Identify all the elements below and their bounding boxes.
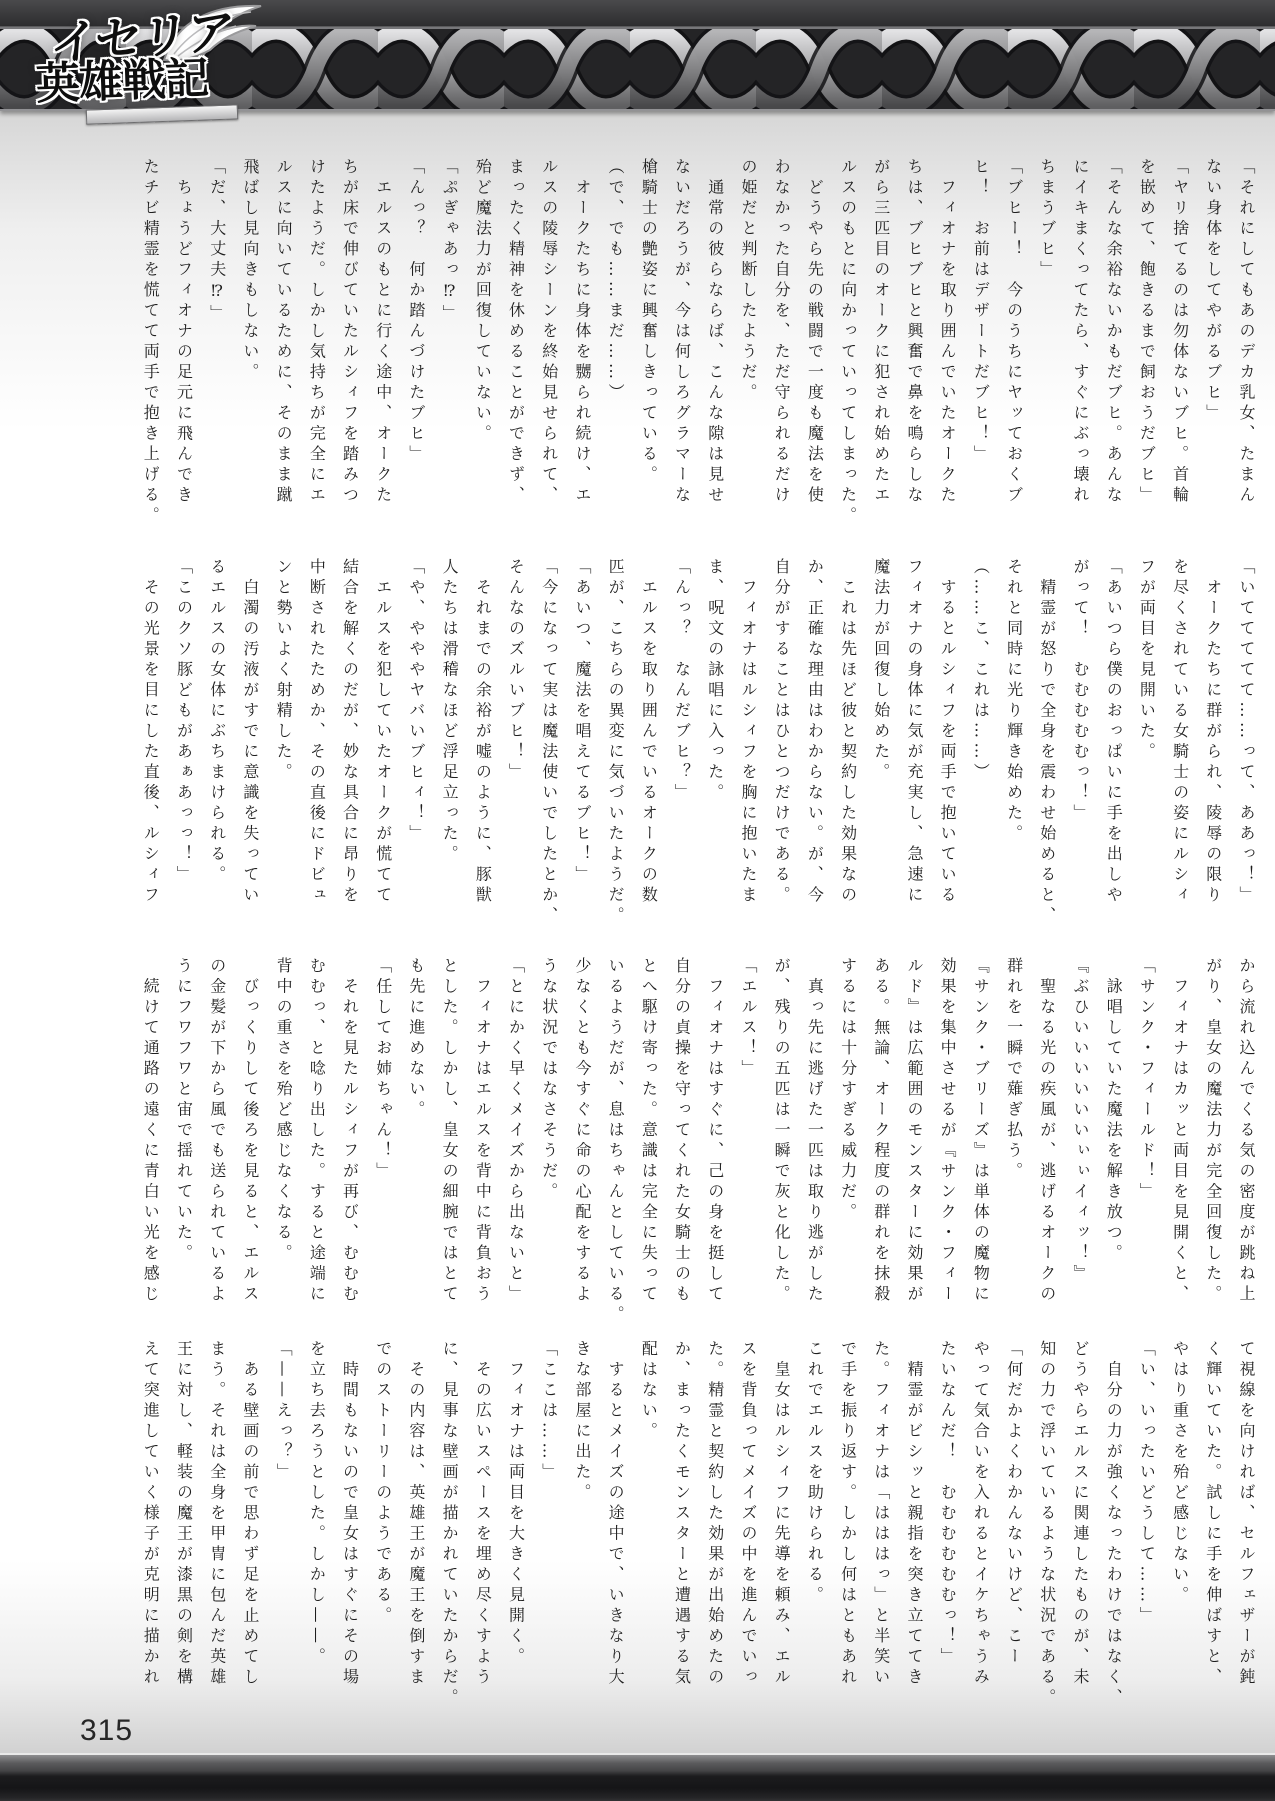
text-column: ルスの陵辱シーンを終始見せられて、: [533, 158, 566, 550]
text-column: うな状況ではなさそうだ。: [533, 957, 566, 1335]
text-column: フィオナはカッと両目を見開くと、: [1163, 957, 1196, 1335]
text-column: どうやら先の戦闘で一度も魔法を使: [798, 158, 831, 550]
text-column: 中断されたためか、その直後にドビュ: [300, 558, 333, 950]
text-column: けたようだ。しかし気持ちが完全にエ: [300, 158, 333, 550]
text-column: フィオナはエルスを背中に背負おう: [466, 957, 499, 1335]
page-number: 315: [80, 1714, 133, 1748]
text-column: 自分の貞操を守ってくれた女騎士のも: [665, 957, 698, 1335]
text-column: がり、皇女の魔法力が完全回復した。: [1197, 957, 1230, 1335]
text-column: むむっ、と唸り出した。すると途端に: [300, 957, 333, 1335]
text-column: （……こ、これは……）: [964, 558, 997, 950]
text-column: たチビ精霊を慌てて両手で抱き上げる。: [134, 158, 167, 550]
text-column: ま、呪文の詠唱に入った。: [699, 558, 732, 950]
text-column: た。フィオナは「はははっ」と半笑い: [865, 1340, 898, 1712]
text-column: がって！ むむむむむっ！」: [1064, 558, 1097, 950]
text-column: にイキまくってたら、すぐにぶっ壊れ: [1064, 158, 1097, 550]
text-column: まう。それは全身を甲冑に包んだ英雄: [201, 1340, 234, 1712]
text-column: エルスを犯していたオークが慌てて: [367, 558, 400, 950]
text-column: 「今になって実は魔法使いでしたとか、: [533, 558, 566, 950]
text-column: が、残りの五匹は一瞬で灰と化した。: [765, 957, 798, 1335]
text-column: するとメイズの途中で、いきなり大: [599, 1340, 632, 1712]
text-column: どうやらエルスに関連したものが、未: [1064, 1340, 1097, 1712]
text-column: た。精霊と契約した効果が出始めたの: [699, 1340, 732, 1712]
text-column: （で、でも……まだ……）: [599, 158, 632, 550]
text-column: フィオナの身体に気が充実し、急速に: [898, 558, 931, 950]
text-column: やはり重さを殆ど感じない。: [1163, 1340, 1196, 1712]
text-column: その光景を目にした直後、ルシィフ: [134, 558, 167, 950]
text-column: ルド』は広範囲のモンスターに効果が: [898, 957, 931, 1335]
text-column: でのストーリーのようである。: [367, 1340, 400, 1712]
text-column: 「何だかよくわかんないけど、こー: [997, 1340, 1030, 1712]
text-column: 結合を解くのだが、妙な具合に昂りを: [333, 558, 366, 950]
text-column: 「——えっ？」: [267, 1340, 300, 1712]
text-column: フィオナは両目を大きく見開く。: [499, 1340, 532, 1712]
text-column: するには十分すぎる威力だ。: [831, 957, 864, 1335]
text-column: フィオナはルシィフを胸に抱いたま: [732, 558, 765, 950]
text-column: 通常の彼らならば、こんな隙は見せ: [699, 158, 732, 550]
text-column: いるようだが、息はちゃんとしている。: [599, 957, 632, 1335]
text-column: 精霊が怒りで全身を震わせ始めると、: [1031, 558, 1064, 950]
text-column: えて突進していく様子が克明に描かれ: [134, 1340, 167, 1712]
text-column: 自分がすることはひとつだけである。: [765, 558, 798, 950]
text-column: 「だ、大丈夫⁉」: [201, 158, 234, 550]
text-column: ある。無論、オーク程度の群れを抹殺: [865, 957, 898, 1335]
text-column: を尽くされている女騎士の姿にルシィ: [1163, 558, 1196, 950]
text-column: で手を振り返す。しかし何はともあれ: [831, 1340, 864, 1712]
text-column: 「ここは……」: [533, 1340, 566, 1712]
text-column: するとルシィフを両手で抱いている: [931, 558, 964, 950]
text-column: 「サンク・フィールド！」: [1130, 957, 1163, 1335]
text-column: 聖なる光の疾風が、逃げるオークの: [1031, 957, 1064, 1335]
text-column: く輝いていた。試しに手を伸ばすと、: [1197, 1340, 1230, 1712]
text-column: スを背負ってメイズの中を進んでいっ: [732, 1340, 765, 1712]
text-column: 自分の力が強くなったわけではなく、: [1097, 1340, 1130, 1712]
text-column: ないだろうが、今は何しろグラマーな: [665, 158, 698, 550]
text-column: 時間もないので皇女はすぐにその場: [333, 1340, 366, 1712]
text-column: 槍騎士の艶姿に興奮しきっている。: [632, 158, 665, 550]
text-column: 皇女はルシィフに先導を頼み、エル: [765, 1340, 798, 1712]
text-column: 群れを一瞬で薙ぎ払う。: [997, 957, 1030, 1335]
text-column: て視線を向ければ、セルフェザーが鈍: [1230, 1340, 1263, 1712]
text-column: 「んっ？ なんだブヒ？」: [665, 558, 698, 950]
text-column: わなかった自分を、ただ守られるだけ: [765, 158, 798, 550]
text-column: たいなんだ！ むむむむむむっ！」: [931, 1340, 964, 1712]
text-column: 効果を集中させるが『サンク・フィー: [931, 957, 964, 1335]
text-column: 少なくとも今すぐに命の心配をするよ: [566, 957, 599, 1335]
text-column: 「このクソ豚どもがあぁあっっ！」: [167, 558, 200, 950]
text-column: を立ち去ろうとした。しかし——。: [300, 1340, 333, 1712]
text-column: 「ブヒー！ 今のうちにヤッておくブ: [997, 158, 1030, 550]
text-column: ある壁画の前で思わず足を止めてし: [234, 1340, 267, 1712]
text-column: がら三匹目のオークに犯され始めたエ: [865, 158, 898, 550]
text-column: びっくりして後ろを見ると、エルス: [234, 957, 267, 1335]
text-column: に、見事な壁画が描かれていたからだ。: [433, 1340, 466, 1712]
text-column: まったく精神を休めることができず、: [499, 158, 532, 550]
text-column: ちが床で伸びていたルシィフを踏みつ: [333, 158, 366, 550]
book-page: イセリア 英雄戦記 「それにしてもあのデカ乳女、たまんない身体をしてやがるブヒ」…: [0, 0, 1275, 1801]
text-column: の金髪が下から風でも送られているよ: [201, 957, 234, 1335]
logo-line2: 英雄戦記: [35, 57, 208, 107]
text-column: その広いスペースを埋め尽くすよう: [466, 1340, 499, 1712]
text-column: 飛ばし見向きもしない。: [234, 158, 267, 550]
text-column: フが両目を見開いた。: [1130, 558, 1163, 950]
text-column: の姫だと判断したようだ。: [732, 158, 765, 550]
text-column: 真っ先に逃げた一匹は取り逃がした: [798, 957, 831, 1335]
text-block-1: 「それにしてもあのデカ乳女、たまんない身体をしてやがるブヒ」「ヤリ捨てるのは勿体…: [133, 158, 1263, 550]
text-block-2: 「いててててて……って、ああっ！」 オークたちに群がられ、陵辱の限りを尽くされて…: [133, 558, 1263, 950]
text-column: から流れ込んでくる気の密度が跳ね上: [1230, 957, 1263, 1335]
text-column: フィオナを取り囲んでいたオークた: [931, 158, 964, 550]
text-column: その内容は、英雄王が魔王を倒すま: [400, 1340, 433, 1712]
text-column: 魔法力が回復し始めた。: [865, 558, 898, 950]
text-column: 『ぶひいいいいいいぃぃイィッ！』: [1064, 957, 1097, 1335]
text-column: そんなのズルいブヒ！」: [499, 558, 532, 950]
text-column: 精霊がビシッと親指を突き立ててき: [898, 1340, 931, 1712]
page-header: イセリア 英雄戦記: [0, 0, 1275, 118]
text-block-4: て視線を向ければ、セルフェザーが鈍く輝いていた。試しに手を伸ばすと、やはり重さを…: [133, 1340, 1263, 1712]
text-column: 白濁の汚液がすでに意識を失ってい: [234, 558, 267, 950]
text-column: 「んっ？ 何か踏んづけたブヒ」: [400, 158, 433, 550]
text-column: きな部屋に出た。: [566, 1340, 599, 1712]
text-column: ない身体をしてやがるブヒ」: [1197, 158, 1230, 550]
text-column: 配はない。: [632, 1340, 665, 1712]
text-column: オークたちに群がられ、陵辱の限り: [1197, 558, 1230, 950]
text-column: フィオナはすぐに、己の身を挺して: [699, 957, 732, 1335]
text-column: 続けて通路の遠くに青白い光を感じ: [134, 957, 167, 1335]
text-column: 詠唱していた魔法を解き放つ。: [1097, 957, 1130, 1335]
text-column: を嵌めて、飽きるまで飼おうだブヒ」: [1130, 158, 1163, 550]
text-column: 「とにかく早くメイズから出ないと」: [499, 957, 532, 1335]
text-column: エルスを取り囲んでいるオークの数: [632, 558, 665, 950]
text-column: 「あいつら僕のおっぱいに手を出しや: [1097, 558, 1130, 950]
text-column: 「エルス！」: [732, 957, 765, 1335]
text-column: 『サンク・ブリーズ』は単体の魔物に: [964, 957, 997, 1335]
text-column: ちは、ブヒブヒと興奮で鼻を鳴らしな: [898, 158, 931, 550]
text-column: か、まったくモンスターと遭遇する気: [665, 1340, 698, 1712]
text-column: とした。しかし、皇女の細腕ではとて: [433, 957, 466, 1335]
text-column: それと同時に光り輝き始めた。: [997, 558, 1030, 950]
text-column: やって気合いを入れるとイケちゃうみ: [964, 1340, 997, 1712]
text-column: 「ぷぎゃあっ⁉」: [433, 158, 466, 550]
text-column: 「あいつ、魔法を唱えてるブヒ！」: [566, 558, 599, 950]
text-column: ちょうどフィオナの足元に飛んでき: [167, 158, 200, 550]
text-column: これは先ほど彼と契約した効果なの: [831, 558, 864, 950]
text-column: 「いててててて……って、ああっ！」: [1230, 558, 1263, 950]
text-column: ルスに向いているために、そのまま蹴: [267, 158, 300, 550]
text-column: それまでの余裕が嘘のように、豚獣: [466, 558, 499, 950]
text-column: ンと勢いよく射精した。: [267, 558, 300, 950]
text-column: 背中の重さを殆ど感じなくなる。: [267, 957, 300, 1335]
text-column: 「任してお姉ちゃん！」: [367, 957, 400, 1335]
text-column: とへ駆け寄った。意識は完全に失って: [632, 957, 665, 1335]
text-column: 王に対し、軽装の魔王が漆黒の剣を構: [167, 1340, 200, 1712]
text-column: 「それにしてもあのデカ乳女、たまん: [1230, 158, 1263, 550]
text-column: ルスのもとに向かっていってしまった。: [831, 158, 864, 550]
text-column: 知の力で浮いているような状況である。: [1031, 1340, 1064, 1712]
footer-bar: [0, 1753, 1275, 1801]
text-column: 「い、いったいどうして……」: [1130, 1340, 1163, 1712]
text-column: オークたちに身体を嬲られ続け、エ: [566, 158, 599, 550]
text-column: も先に進めない。: [400, 957, 433, 1335]
text-column: これでエルスを助けられる。: [798, 1340, 831, 1712]
text-column: か、正確な理由はわからない。が、今: [798, 558, 831, 950]
text-column: うにフワフワと宙で揺れていた。: [167, 957, 200, 1335]
text-column: 「そんな余裕ないかもだブヒ。あんな: [1097, 158, 1130, 550]
text-column: エルスのもとに行く途中、オークた: [367, 158, 400, 550]
text-column: ちまうブヒ」: [1031, 158, 1064, 550]
text-column: 匹が、こちらの異変に気づいたようだ。: [599, 558, 632, 950]
text-block-3: から流れ込んでくる気の密度が跳ね上がり、皇女の魔法力が完全回復した。 フィオナは…: [133, 957, 1263, 1335]
text-column: それを見たルシィフが再び、むむむ: [333, 957, 366, 1335]
text-column: 「ヤリ捨てるのは勿体ないブヒ。首輪: [1163, 158, 1196, 550]
text-column: 人たちは滑稽なほど浮足立った。: [433, 558, 466, 950]
text-column: 「や、やややヤバいブヒィ！」: [400, 558, 433, 950]
text-column: るエルスの女体にぶちまけられる。: [201, 558, 234, 950]
series-logo: イセリア 英雄戦記: [26, 4, 276, 122]
text-column: 殆ど魔法力が回復していない。: [466, 158, 499, 550]
text-column: ヒ！ お前はデザートだブヒ！」: [964, 158, 997, 550]
